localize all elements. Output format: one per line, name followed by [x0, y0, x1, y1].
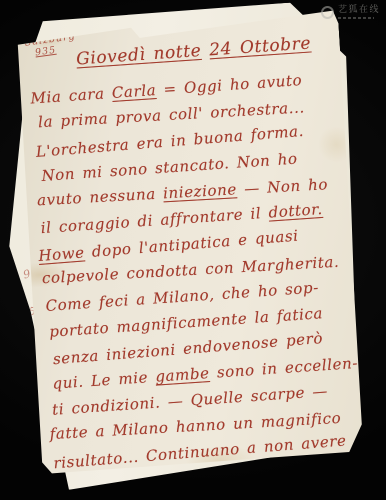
photo-background: 9u5Trufiis2utflw mi è ? Salzburg 935 Gio… — [0, 0, 386, 500]
watermark-ring-icon — [321, 6, 334, 19]
watermark-subtext-bar — [338, 17, 374, 19]
letter-sheet-main: Salzburg 935 Giovedì notte 24 OttobreMia… — [14, 10, 365, 475]
auction-watermark: 艺狐在线 — [321, 6, 380, 19]
watermark-brand: 艺狐在线 — [338, 6, 380, 15]
ink-fragment: fi — [26, 389, 37, 403]
letter-text-block: Giovedì notte 24 OttobreMia cara Carla =… — [24, 32, 362, 478]
